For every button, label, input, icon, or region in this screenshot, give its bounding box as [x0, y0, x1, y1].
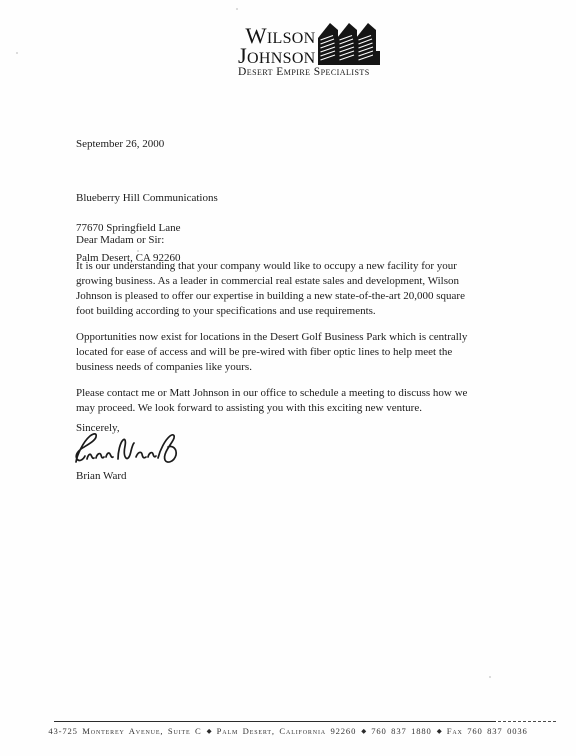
footer-rule-dashes [498, 721, 556, 722]
footer-phone: 760 837 1880 [371, 726, 431, 736]
scan-speck [137, 250, 139, 252]
scan-speck [489, 676, 491, 678]
company-name-line2: Johnson [238, 46, 316, 66]
footer-fax: Fax 760 837 0036 [447, 726, 528, 736]
body-paragraph-3: Please contact me or Matt Johnson in our… [76, 386, 556, 416]
three-desert-buildings-icon [318, 22, 380, 66]
company-name: Wilson Johnson [238, 26, 318, 66]
footer-contact-line: 43-725 Monterey Avenue, Suite C◆Palm Des… [28, 726, 548, 736]
scan-speck [16, 52, 18, 54]
footer-rule [54, 721, 496, 722]
scanned-letter-page: Wilson Johnson [0, 0, 576, 756]
footer-city-state-zip: Palm Desert, California 92260 [217, 726, 357, 736]
company-tagline: Desert Empire Specialists [238, 66, 380, 78]
footer-street-address: 43-725 Monterey Avenue, Suite C [48, 726, 201, 736]
letter-date: September 26, 2000 [76, 137, 556, 152]
salutation: Dear Madam or Sir: [76, 233, 556, 248]
scan-speck [236, 8, 238, 10]
company-logo: Wilson Johnson [238, 22, 380, 78]
diamond-separator-icon: ◆ [207, 728, 212, 735]
recipient-company: Blueberry Hill Communications [76, 191, 556, 206]
handwritten-signature [70, 428, 186, 472]
sender-typed-name: Brian Ward [76, 469, 556, 484]
body-paragraph-2: Opportunities now exist for locations in… [76, 330, 556, 375]
diamond-separator-icon: ◆ [437, 728, 442, 735]
body-paragraph-1: It is our understanding that your compan… [76, 259, 556, 319]
diamond-separator-icon: ◆ [361, 728, 366, 735]
